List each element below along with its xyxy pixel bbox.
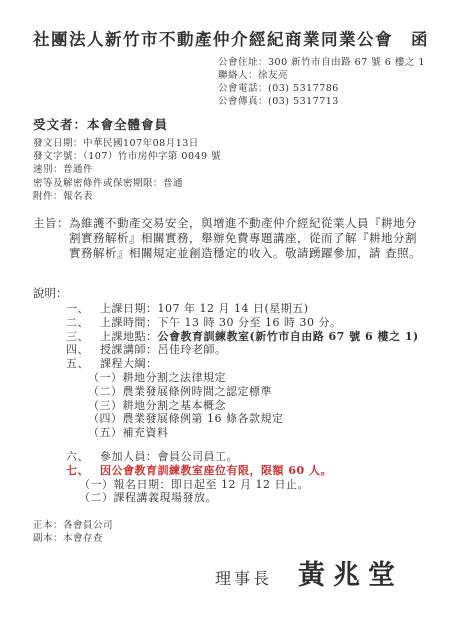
item-text: 因公會教育訓練教室座位有限，限額 60 人。 bbox=[100, 464, 426, 478]
association-address: 公會住址：300 新竹市自由路 67 號 6 樓之 1 bbox=[218, 56, 426, 69]
item-number: 七、 bbox=[66, 464, 100, 478]
official-letter-page: 社團法人新竹市不動產仲介經紀商業同業公會 函 公會住址：300 新竹市自由路 6… bbox=[0, 0, 452, 640]
subject-text: 為維護不動產交易安全，與增進不動產仲介經紀從業人員『耕地分割實務解析』相關實務，… bbox=[69, 216, 426, 261]
list-item-class-date: 一、 上課日期：107 年 12 月 14 日(星期五) bbox=[66, 302, 426, 316]
outline-sub-item: （二）農業發展條例時間之認定標準 bbox=[88, 385, 426, 399]
list-item-class-time: 二、 上課時間：下午 13 時 30 分至 16 時 30 分。 bbox=[66, 316, 426, 330]
duplicate-copy-line: 副本：本會存查 bbox=[33, 533, 426, 546]
location-label: 上課地點： bbox=[100, 330, 158, 343]
item-number: 二、 bbox=[66, 316, 100, 330]
item-number: 三、 bbox=[66, 330, 100, 344]
list-item-lecturer: 四、 授課講師：呂佳玲老師。 bbox=[66, 343, 426, 357]
copies-block: 正本：各會員公司 副本：本會存查 bbox=[33, 520, 426, 545]
item-number: 一、 bbox=[66, 302, 100, 316]
issue-date-line: 發文日期：中華民國107年08月13日 bbox=[33, 137, 426, 150]
item-text: 上課日期：107 年 12 月 14 日(星期五) bbox=[100, 302, 426, 316]
item-text: 課程大綱： bbox=[100, 357, 426, 371]
handout-sub-item: （二）課程講義現場發放。 bbox=[79, 491, 426, 505]
classification-line: 密等及解密條件或保密期限：普通 bbox=[33, 177, 426, 190]
item-text: 授課講師：呂佳玲老師。 bbox=[100, 343, 426, 357]
subject-label: 主旨： bbox=[33, 216, 69, 261]
list-item-course-outline: 五、 課程大綱： bbox=[66, 357, 426, 371]
signer-name: 黃兆堂 bbox=[298, 553, 403, 592]
association-phone: 公會電話：(03) 5317786 bbox=[218, 82, 426, 95]
item-text: 上課時間：下午 13 時 30 分至 16 時 30 分。 bbox=[100, 316, 426, 330]
attachment-line: 附件：報名表 bbox=[33, 190, 426, 203]
contact-person: 聯絡人：徐友亮 bbox=[218, 69, 426, 82]
recipient-line: 受文者：本會全體會員 bbox=[33, 115, 426, 133]
registration-sub-item: （一）報名日期：即日起至 12 月 12 日止。 bbox=[79, 478, 426, 492]
document-title: 社團法人新竹市不動產仲介經紀商業同業公會 函 bbox=[33, 26, 426, 50]
list-item-class-location: 三、 上課地點：公會教育訓練教室(新竹市自由路 67 號 6 樓之 1) bbox=[66, 330, 426, 344]
signer-title: 理事長 bbox=[215, 566, 272, 589]
location-value: 公會教育訓練教室(新竹市自由路 67 號 6 樓之 1) bbox=[158, 330, 419, 343]
explanation-list: 一、 上課日期：107 年 12 月 14 日(星期五) 二、 上課時間：下午 … bbox=[33, 302, 426, 505]
outline-sub-item: （四）農業發展條例第 16 條各款規定 bbox=[88, 412, 426, 426]
list-item-seat-limit: 七、 因公會教育訓練教室座位有限，限額 60 人。 bbox=[66, 464, 426, 478]
outline-sub-item: （一）耕地分割之法律規定 bbox=[88, 371, 426, 385]
item-text: 參加人員：會員公司員工。 bbox=[100, 450, 426, 464]
association-contact-block: 公會住址：300 新竹市自由路 67 號 6 樓之 1 聯絡人：徐友亮 公會電話… bbox=[218, 56, 426, 108]
list-item-participants: 六、 參加人員：會員公司員工。 bbox=[66, 450, 426, 464]
signature-block: 理事長 黃兆堂 bbox=[215, 553, 426, 592]
association-fax: 公會傳真：(03) 5317713 bbox=[218, 95, 426, 108]
meta-block: 發文日期：中華民國107年08月13日 發文字號：（107）竹市房仲字第 004… bbox=[33, 137, 426, 203]
issue-number-line: 發文字號：（107）竹市房仲字第 0049 號 bbox=[33, 150, 426, 163]
explanation-label: 說明： bbox=[33, 285, 426, 301]
item-number: 六、 bbox=[66, 450, 100, 464]
item-number: 五、 bbox=[66, 357, 100, 371]
original-copy-line: 正本：各會員公司 bbox=[33, 520, 426, 533]
item-number: 四、 bbox=[66, 343, 100, 357]
subject-block: 主旨： 為維護不動產交易安全，與增進不動產仲介經紀從業人員『耕地分割實務解析』相… bbox=[33, 216, 426, 261]
delivery-speed-line: 速別：普通件 bbox=[33, 163, 426, 176]
outline-sub-item: （三）耕地分割之基本概念 bbox=[88, 399, 426, 413]
outline-sub-item: （五）補充資料 bbox=[88, 426, 426, 440]
item-text: 上課地點：公會教育訓練教室(新竹市自由路 67 號 6 樓之 1) bbox=[100, 330, 426, 344]
